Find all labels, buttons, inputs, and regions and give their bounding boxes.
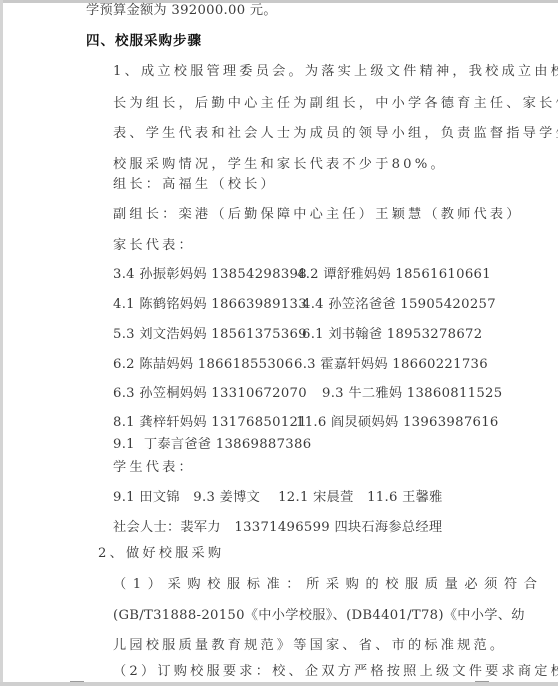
page-left-edge — [0, 0, 3, 686]
students-label: 学生代表： — [113, 460, 195, 476]
parent-rep-right: 4.4 孙笠洺爸爸 15905420257 — [302, 297, 496, 313]
parents-label: 家长代表： — [113, 238, 195, 254]
parent-rep-left: 6.2 陈喆妈妈 18661855306 — [113, 357, 293, 373]
page-top-edge — [0, 0, 558, 3]
vice-leader-line: 副组长：栾港（后勤保障中心主任）王颖慧（教师代表） — [113, 207, 523, 223]
parent-rep-right: 4.2 谭舒雅妈妈 18561610661 — [297, 267, 491, 283]
document-page: 学预算金额为 392000.00 元。 四、校服采购步骤 1、成立校服管理委员会… — [0, 0, 558, 686]
paragraph-line: 校服采购情况，学生和家长代表不少于80%。 — [113, 157, 447, 173]
standard-line: （1）采购校服标准：所采购的校服质量必须符合 — [113, 577, 544, 593]
parent-rep-right: 9.3 牛二雅妈 13860811525 — [322, 386, 502, 402]
student-reps: 9.1 田文锦 9.3 姜博文 12.1 宋晨萱 11.6 王馨雅 — [113, 490, 443, 506]
paragraph-line: 1、成立校服管理委员会。为落实上级文件精神，我校成立由校 — [113, 64, 558, 80]
parent-rep-right: 6.3 霍嘉轩妈妈 18660221736 — [294, 357, 488, 373]
parent-rep-right: 6.1 刘书翰爸 18953278672 — [302, 327, 482, 343]
section-heading: 四、校服采购步骤 — [86, 33, 202, 49]
leader-line: 组长：高福生（校长） — [113, 177, 277, 193]
paragraph-line: 表、学生代表和社会人士为成员的领导小组，负责监督指导学生 — [113, 126, 558, 142]
page-bottom-edge — [0, 682, 558, 686]
parent-rep-left: 6.3 孙笠桐妈妈 13310672070 — [113, 386, 307, 402]
requirement-line: （2）订购校服要求：校、企双方严格按照上级文件要求商定校 — [113, 664, 558, 680]
parent-rep-left: 4.1 陈鹤铭妈妈 18663989133 — [113, 297, 307, 313]
parent-rep-left: 5.3 刘文浩妈妈 18561375369 — [113, 327, 307, 343]
subsection-title: 2、做好校服采购 — [98, 546, 224, 562]
standard-line: (GB/T31888-20150《中小学校服》、(DB4401/T78)《中小学… — [113, 608, 525, 624]
parent-rep-right: 11.6 阎炅硕妈妈 13963987616 — [296, 415, 499, 431]
budget-line: 学预算金额为 392000.00 元。 — [86, 3, 277, 19]
parent-rep-left: 3.4 孙振彰妈妈 13854298398 — [113, 267, 307, 283]
paragraph-line: 长为组长，后勤中心主任为副组长，中小学各德育主任、家长代 — [113, 96, 558, 112]
standard-line: 儿园校服质量教育规范》等国家、省、市的标准规范。 — [113, 638, 506, 654]
parent-rep-left: 9.1 丁泰言爸爸 13869887386 — [113, 437, 311, 453]
public-rep: 社会人士：裴军力 13371496599 四块石海参总经理 — [113, 520, 442, 536]
parent-rep-left: 8.1 龚梓轩妈妈 13176850121 — [113, 415, 307, 431]
